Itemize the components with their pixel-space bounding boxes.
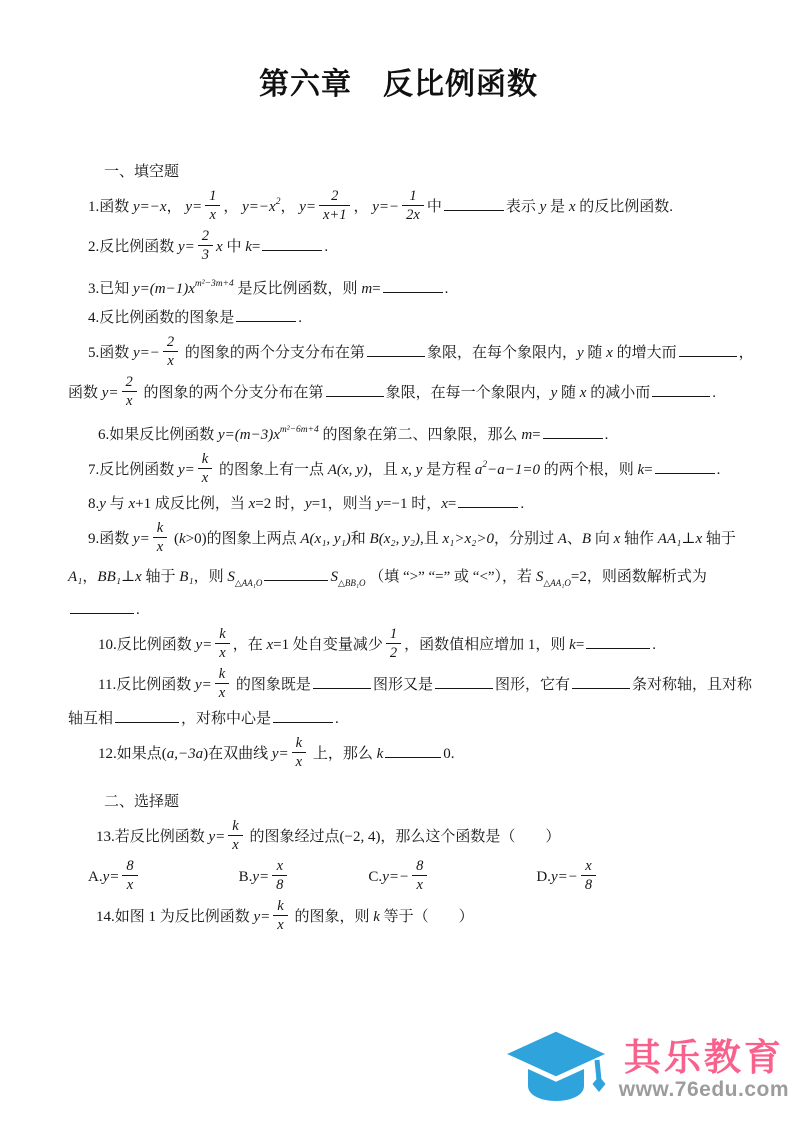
section-multiple-choice: 二、选择题 bbox=[68, 788, 729, 817]
text-run: 、 bbox=[567, 531, 582, 547]
text-run: 的图象经过点(−2, 4)，那么这个函数是（ ） bbox=[246, 829, 561, 845]
math-run: x bbox=[216, 239, 223, 255]
question-10: 10.反比例函数 y=kx，在 x=1 处自变量减少12，函数值相应增加 1，则… bbox=[68, 625, 729, 665]
fraction-numerator: x bbox=[272, 858, 287, 876]
blank-field bbox=[572, 675, 630, 689]
math-run: A₁ bbox=[68, 569, 82, 585]
question-3: 3.已知 y=(m−1)xm²−3m+4 是反比例函数，则 m=. bbox=[68, 275, 729, 304]
math-run: y bbox=[305, 496, 312, 512]
fraction-denominator: x bbox=[215, 644, 229, 661]
fraction-denominator: x bbox=[215, 684, 229, 701]
math-run: y= bbox=[178, 239, 195, 255]
text-run: 的减小而 bbox=[586, 385, 650, 401]
text-run: ，函数值相应增加 1，则 bbox=[404, 637, 569, 653]
text-run: 2.反比例函数 bbox=[88, 239, 178, 255]
math-run: AA₁⊥x bbox=[658, 531, 702, 547]
text-run: 7.反比例函数 bbox=[88, 462, 178, 478]
math-run: −a−1=0 bbox=[487, 462, 540, 478]
math-run: y=(m−3)x bbox=[218, 427, 280, 443]
blank-field bbox=[655, 460, 715, 474]
text-run: ， bbox=[223, 199, 242, 215]
text-run: 与 bbox=[106, 496, 129, 512]
text-run: 向 bbox=[591, 531, 614, 547]
blank-field bbox=[435, 675, 493, 689]
text-run: 象限，在每个象限内， bbox=[427, 345, 577, 361]
fraction-numerator: k bbox=[215, 626, 229, 644]
fraction-denominator: x bbox=[205, 206, 220, 223]
fraction-denominator: 2x bbox=[402, 206, 424, 223]
text-run: . bbox=[520, 496, 524, 512]
site-logo: 其乐教育 www.76edu.com bbox=[498, 1026, 789, 1114]
text-run: （填 “>” “=” 或 “<”），若 bbox=[365, 569, 535, 585]
fraction-denominator: 8 bbox=[581, 876, 596, 893]
fraction-numerator: 8 bbox=[122, 858, 137, 876]
question-8: 8.y 与 x+1 成反比例，当 x=2 时，y=1，则当 y=−1 时，x=. bbox=[68, 490, 729, 519]
fraction: 2x bbox=[122, 374, 137, 409]
text-run: 是方程 bbox=[422, 462, 475, 478]
fraction-denominator: x bbox=[412, 876, 427, 893]
text-run: ， bbox=[739, 345, 754, 361]
text-run: 的图象，则 bbox=[291, 909, 374, 925]
text-run: 轴互相 bbox=[68, 711, 113, 727]
text-run: ，分别过 bbox=[494, 531, 558, 547]
math-run: y= bbox=[195, 677, 212, 693]
question-6: 6.如果反比例函数 y=(m−3)xm²−6m+4 的图象在第二、四象限，那么 … bbox=[68, 421, 729, 450]
text-run: 轴于 bbox=[142, 569, 180, 585]
text-run: B. bbox=[239, 869, 253, 885]
subscript: △AA₁O bbox=[543, 578, 571, 588]
text-run: . bbox=[136, 602, 140, 618]
logo-text-block: 其乐教育 www.76edu.com bbox=[619, 1038, 789, 1102]
fraction: 12x bbox=[402, 188, 424, 223]
text-run: = bbox=[644, 462, 652, 478]
fraction-numerator: k bbox=[273, 898, 287, 916]
text-run: 的图象的两个分支分布在第 bbox=[181, 345, 365, 361]
blank-field bbox=[385, 744, 441, 758]
math-run: k bbox=[569, 637, 576, 653]
fraction-denominator: 2 bbox=[386, 644, 401, 661]
blank-field bbox=[264, 567, 328, 581]
blank-field bbox=[458, 494, 518, 508]
question-5-line-2: 函数 y=2x 的图象的两个分支分布在第象限，在每一个象限内，y 随 x 的减小… bbox=[68, 373, 729, 413]
text-run: +1 成反比例，当 bbox=[135, 496, 248, 512]
math-run: k bbox=[373, 909, 380, 925]
fraction-denominator: x bbox=[292, 753, 306, 770]
math-run: y bbox=[577, 345, 584, 361]
question-14: 14.如图 1 为反比例函数 y=kx 的图象，则 k 等于（ ） bbox=[68, 897, 729, 937]
text-run: . bbox=[445, 281, 449, 297]
fraction: kx bbox=[273, 898, 287, 933]
math-run: y=− bbox=[551, 869, 578, 885]
text-run: 的两个根，则 bbox=[540, 462, 638, 478]
text-run: =1，则当 bbox=[312, 496, 377, 512]
text-run: . bbox=[298, 310, 302, 326]
math-run: y=(m−1)x bbox=[133, 281, 195, 297]
text-run: 函数 bbox=[68, 385, 102, 401]
section-fill-in-blanks: 一、填空题 bbox=[68, 158, 729, 187]
question-1: 1.函数 y=−x， y=1x， y=−x2， y=2x+1， y=−12x中表… bbox=[68, 187, 729, 227]
math-run: BB₁⊥x bbox=[97, 569, 141, 585]
text-run: 中 bbox=[427, 199, 442, 215]
fraction: 2x bbox=[163, 334, 178, 369]
text-run: D. bbox=[536, 869, 551, 885]
text-run: =2 时， bbox=[255, 496, 305, 512]
question-11-line-1: 11.反比例函数 y=kx 的图象既是图形又是图形，它有条对称轴，且对称 bbox=[68, 665, 729, 705]
fraction-denominator: x+1 bbox=[319, 206, 350, 223]
text-run: ，对称中心是 bbox=[181, 711, 271, 727]
math-run: x bbox=[606, 345, 613, 361]
blank-field bbox=[367, 343, 425, 357]
fraction: kx bbox=[215, 626, 229, 661]
question-9-line-2: A₁，BB₁⊥x 轴于 B₁，则 S△AA₁OS△BB₁O （填 “>” “=”… bbox=[68, 563, 729, 592]
math-run: B(x₂, y₂) bbox=[370, 531, 420, 547]
text-run: 8. bbox=[88, 496, 99, 512]
text-run: >0)的图象上两点 bbox=[186, 531, 301, 547]
subscript: △AA₁O bbox=[235, 578, 263, 588]
math-run: y bbox=[99, 496, 106, 512]
math-run: y= bbox=[209, 829, 226, 845]
text-run: 12.如果点( bbox=[98, 746, 167, 762]
math-run: x, y bbox=[401, 462, 422, 478]
question-13-options: A.y=8xB.y=x8C.y=−8xD.y=−x8 bbox=[68, 857, 729, 897]
text-run: 中 bbox=[223, 239, 246, 255]
blank-field bbox=[273, 709, 333, 723]
fraction-denominator: 8 bbox=[272, 876, 287, 893]
math-run: y=− bbox=[372, 199, 399, 215]
fraction: kx bbox=[292, 735, 306, 770]
text-run: A. bbox=[88, 869, 103, 885]
text-run: =−1 时， bbox=[383, 496, 441, 512]
text-run: 和 bbox=[351, 531, 370, 547]
math-run: y= bbox=[299, 199, 316, 215]
fraction: kx bbox=[153, 520, 167, 555]
blank-field bbox=[679, 343, 737, 357]
text-run: 是反比例函数，则 bbox=[234, 281, 362, 297]
fraction-numerator: 2 bbox=[319, 188, 350, 206]
text-run: . bbox=[335, 711, 339, 727]
fraction-numerator: k bbox=[292, 735, 306, 753]
text-run: =1 处自变量减少 bbox=[273, 637, 383, 653]
math-run: A(x₁, y₁) bbox=[300, 531, 350, 547]
text-run: 的图象的两个分支分布在第 bbox=[140, 385, 324, 401]
math-run: S bbox=[227, 569, 235, 585]
text-run: 13.若反比例函数 bbox=[96, 829, 209, 845]
math-run: y= bbox=[102, 385, 119, 401]
text-run: 10.反比例函数 bbox=[98, 637, 196, 653]
text-run: = bbox=[252, 239, 260, 255]
math-run: y= bbox=[254, 909, 271, 925]
text-run: 随 bbox=[584, 345, 607, 361]
text-run: 轴于 bbox=[702, 531, 736, 547]
text-run: ( bbox=[170, 531, 179, 547]
question-4: 4.反比例函数的图象是. bbox=[68, 304, 729, 333]
fraction-numerator: 8 bbox=[412, 858, 427, 876]
fraction-denominator: x bbox=[122, 392, 137, 409]
math-run: y= bbox=[133, 531, 150, 547]
text-run: ， bbox=[167, 199, 186, 215]
text-run: 随 bbox=[557, 385, 580, 401]
superscript: m²−3m+4 bbox=[195, 279, 234, 289]
math-run: y=− bbox=[133, 345, 160, 361]
text-run: ，且 bbox=[368, 462, 402, 478]
text-run: . bbox=[605, 427, 609, 443]
text-run: 表示 bbox=[506, 199, 540, 215]
fraction-denominator: 3 bbox=[198, 246, 213, 263]
math-run: y=−x bbox=[242, 199, 276, 215]
fraction-numerator: 1 bbox=[386, 626, 401, 644]
worksheet-page: 第六章 反比例函数 一、填空题1.函数 y=−x， y=1x， y=−x2， y… bbox=[0, 0, 793, 1122]
text-run: . bbox=[652, 637, 656, 653]
question-12: 12.如果点(a,−3a)在双曲线 y=kx 上，那么 k0. bbox=[68, 734, 729, 774]
fraction: x8 bbox=[581, 858, 596, 893]
text-run: 一、填空题 bbox=[104, 164, 179, 180]
fraction-denominator: x bbox=[153, 538, 167, 555]
text-run: 条对称轴，且对称 bbox=[632, 677, 752, 693]
math-run: m bbox=[361, 281, 372, 297]
fraction-numerator: 2 bbox=[122, 374, 137, 392]
text-run: 14.如图 1 为反比例函数 bbox=[96, 909, 254, 925]
math-run: A bbox=[558, 531, 567, 547]
fraction: 1x bbox=[205, 188, 220, 223]
text-run: 的增大而 bbox=[613, 345, 677, 361]
text-run: 5.函数 bbox=[88, 345, 133, 361]
text-run: =2，则函数解析式为 bbox=[571, 569, 707, 585]
question-9-line-1: 9.函数 y=kx (k>0)的图象上两点 A(x₁, y₁)和 B(x₂, y… bbox=[68, 519, 729, 559]
math-run: B₁ bbox=[179, 569, 193, 585]
math-run: y= bbox=[103, 869, 120, 885]
superscript: m²−6m+4 bbox=[280, 425, 319, 435]
text-run: ， bbox=[353, 199, 372, 215]
blank-field bbox=[115, 709, 179, 723]
text-run: ，在 bbox=[233, 637, 267, 653]
blank-field bbox=[383, 279, 443, 293]
text-run: 等于（ ） bbox=[380, 909, 474, 925]
text-run: ，则 bbox=[194, 569, 228, 585]
blank-field bbox=[262, 237, 322, 251]
text-run: 二、选择题 bbox=[104, 794, 179, 810]
blank-field bbox=[652, 383, 710, 397]
fraction: 2x+1 bbox=[319, 188, 350, 223]
graduation-cap-icon bbox=[498, 1026, 614, 1114]
blank-field bbox=[326, 383, 384, 397]
math-run: k bbox=[377, 746, 384, 762]
fraction-numerator: 2 bbox=[198, 228, 213, 246]
text-run: 的图象上有一点 bbox=[215, 462, 328, 478]
math-run: y= bbox=[196, 637, 213, 653]
fraction: x8 bbox=[272, 858, 287, 893]
math-run: y=− bbox=[382, 869, 409, 885]
question-9-line-3: . bbox=[68, 596, 729, 625]
math-run: k bbox=[245, 239, 252, 255]
blank-field bbox=[70, 600, 134, 614]
fraction-numerator: k bbox=[198, 451, 212, 469]
question-5-line-1: 5.函数 y=−2x 的图象的两个分支分布在第象限，在每个象限内，y 随 x 的… bbox=[68, 333, 729, 373]
blank-field bbox=[543, 425, 603, 439]
math-run: A(x, y) bbox=[328, 462, 368, 478]
text-run: )在双曲线 bbox=[203, 746, 272, 762]
fraction: 23 bbox=[198, 228, 213, 263]
question-13: 13.若反比例函数 y=kx 的图象经过点(−2, 4)，那么这个函数是（ ） bbox=[68, 817, 729, 857]
text-run: 图形，它有 bbox=[495, 677, 570, 693]
text-run: 图形又是 bbox=[373, 677, 433, 693]
math-run: B bbox=[582, 531, 591, 547]
text-run: 轴作 bbox=[620, 531, 658, 547]
logo-brand-text: 其乐教育 bbox=[624, 1038, 784, 1078]
text-run: 上，那么 bbox=[309, 746, 377, 762]
math-run: x bbox=[441, 496, 448, 512]
text-run: = bbox=[448, 496, 456, 512]
blank-field bbox=[444, 197, 504, 211]
blank-field bbox=[313, 675, 371, 689]
fraction: kx bbox=[228, 818, 242, 853]
problem-list: 一、填空题1.函数 y=−x， y=1x， y=−x2， y=2x+1， y=−… bbox=[68, 158, 729, 937]
fraction: kx bbox=[198, 451, 212, 486]
text-run: 的反比例函数. bbox=[575, 199, 673, 215]
text-run: C. bbox=[368, 869, 382, 885]
text-run: ， bbox=[280, 199, 299, 215]
blank-field bbox=[586, 635, 650, 649]
text-run: 4.反比例函数的图象是 bbox=[88, 310, 234, 326]
math-run: k bbox=[179, 531, 186, 547]
text-run: 的图象既是 bbox=[232, 677, 311, 693]
math-run: y=−x bbox=[133, 199, 167, 215]
math-run: y= bbox=[252, 869, 269, 885]
text-run: 9.函数 bbox=[88, 531, 133, 547]
text-run: 11.反比例函数 bbox=[98, 677, 195, 693]
fraction-numerator: 1 bbox=[402, 188, 424, 206]
fraction-numerator: k bbox=[228, 818, 242, 836]
page-title: 第六章 反比例函数 bbox=[68, 66, 729, 104]
fraction-denominator: x bbox=[198, 469, 212, 486]
text-run: . bbox=[712, 385, 716, 401]
subscript: △BB₁O bbox=[338, 578, 366, 588]
fraction: 8x bbox=[412, 858, 427, 893]
fraction-denominator: x bbox=[122, 876, 137, 893]
text-run: . bbox=[717, 462, 721, 478]
fraction: 8x bbox=[122, 858, 137, 893]
text-run: 6.如果反比例函数 bbox=[98, 427, 218, 443]
fraction-numerator: 2 bbox=[163, 334, 178, 352]
fraction-numerator: 1 bbox=[205, 188, 220, 206]
text-run: . bbox=[324, 239, 328, 255]
math-run: S bbox=[330, 569, 338, 585]
text-run: 0. bbox=[443, 746, 454, 762]
text-run: = bbox=[532, 427, 540, 443]
math-run: y= bbox=[272, 746, 289, 762]
text-run: = bbox=[372, 281, 380, 297]
logo-url-text: www.76edu.com bbox=[619, 1078, 789, 1102]
text-run: 3.已知 bbox=[88, 281, 133, 297]
fraction-numerator: k bbox=[215, 666, 229, 684]
fraction-numerator: k bbox=[153, 520, 167, 538]
text-run: 1.函数 bbox=[88, 199, 133, 215]
fraction-numerator: x bbox=[581, 858, 596, 876]
fraction: kx bbox=[215, 666, 229, 701]
question-7: 7.反比例函数 y=kx 的图象上有一点 A(x, y)，且 x, y 是方程 … bbox=[68, 450, 729, 490]
text-run: ,且 bbox=[420, 531, 443, 547]
text-run: 的图象在第二、四象限，那么 bbox=[319, 427, 522, 443]
text-run: 象限，在每一个象限内， bbox=[386, 385, 551, 401]
math-run: x₁>x₂>0 bbox=[442, 531, 494, 547]
text-run: 是 bbox=[546, 199, 569, 215]
text-run: = bbox=[576, 637, 584, 653]
math-run: y= bbox=[178, 462, 195, 478]
math-run: m bbox=[521, 427, 532, 443]
math-run: a,−3a bbox=[167, 746, 203, 762]
fraction-denominator: x bbox=[163, 352, 178, 369]
fraction-denominator: x bbox=[273, 916, 287, 933]
math-run: y= bbox=[185, 199, 202, 215]
question-2: 2.反比例函数 y=23x 中 k=. bbox=[68, 227, 729, 267]
fraction: 12 bbox=[386, 626, 401, 661]
question-11-line-2: 轴互相，对称中心是. bbox=[68, 705, 729, 734]
fraction-denominator: x bbox=[228, 836, 242, 853]
text-run: ， bbox=[82, 569, 97, 585]
blank-field bbox=[236, 308, 296, 322]
